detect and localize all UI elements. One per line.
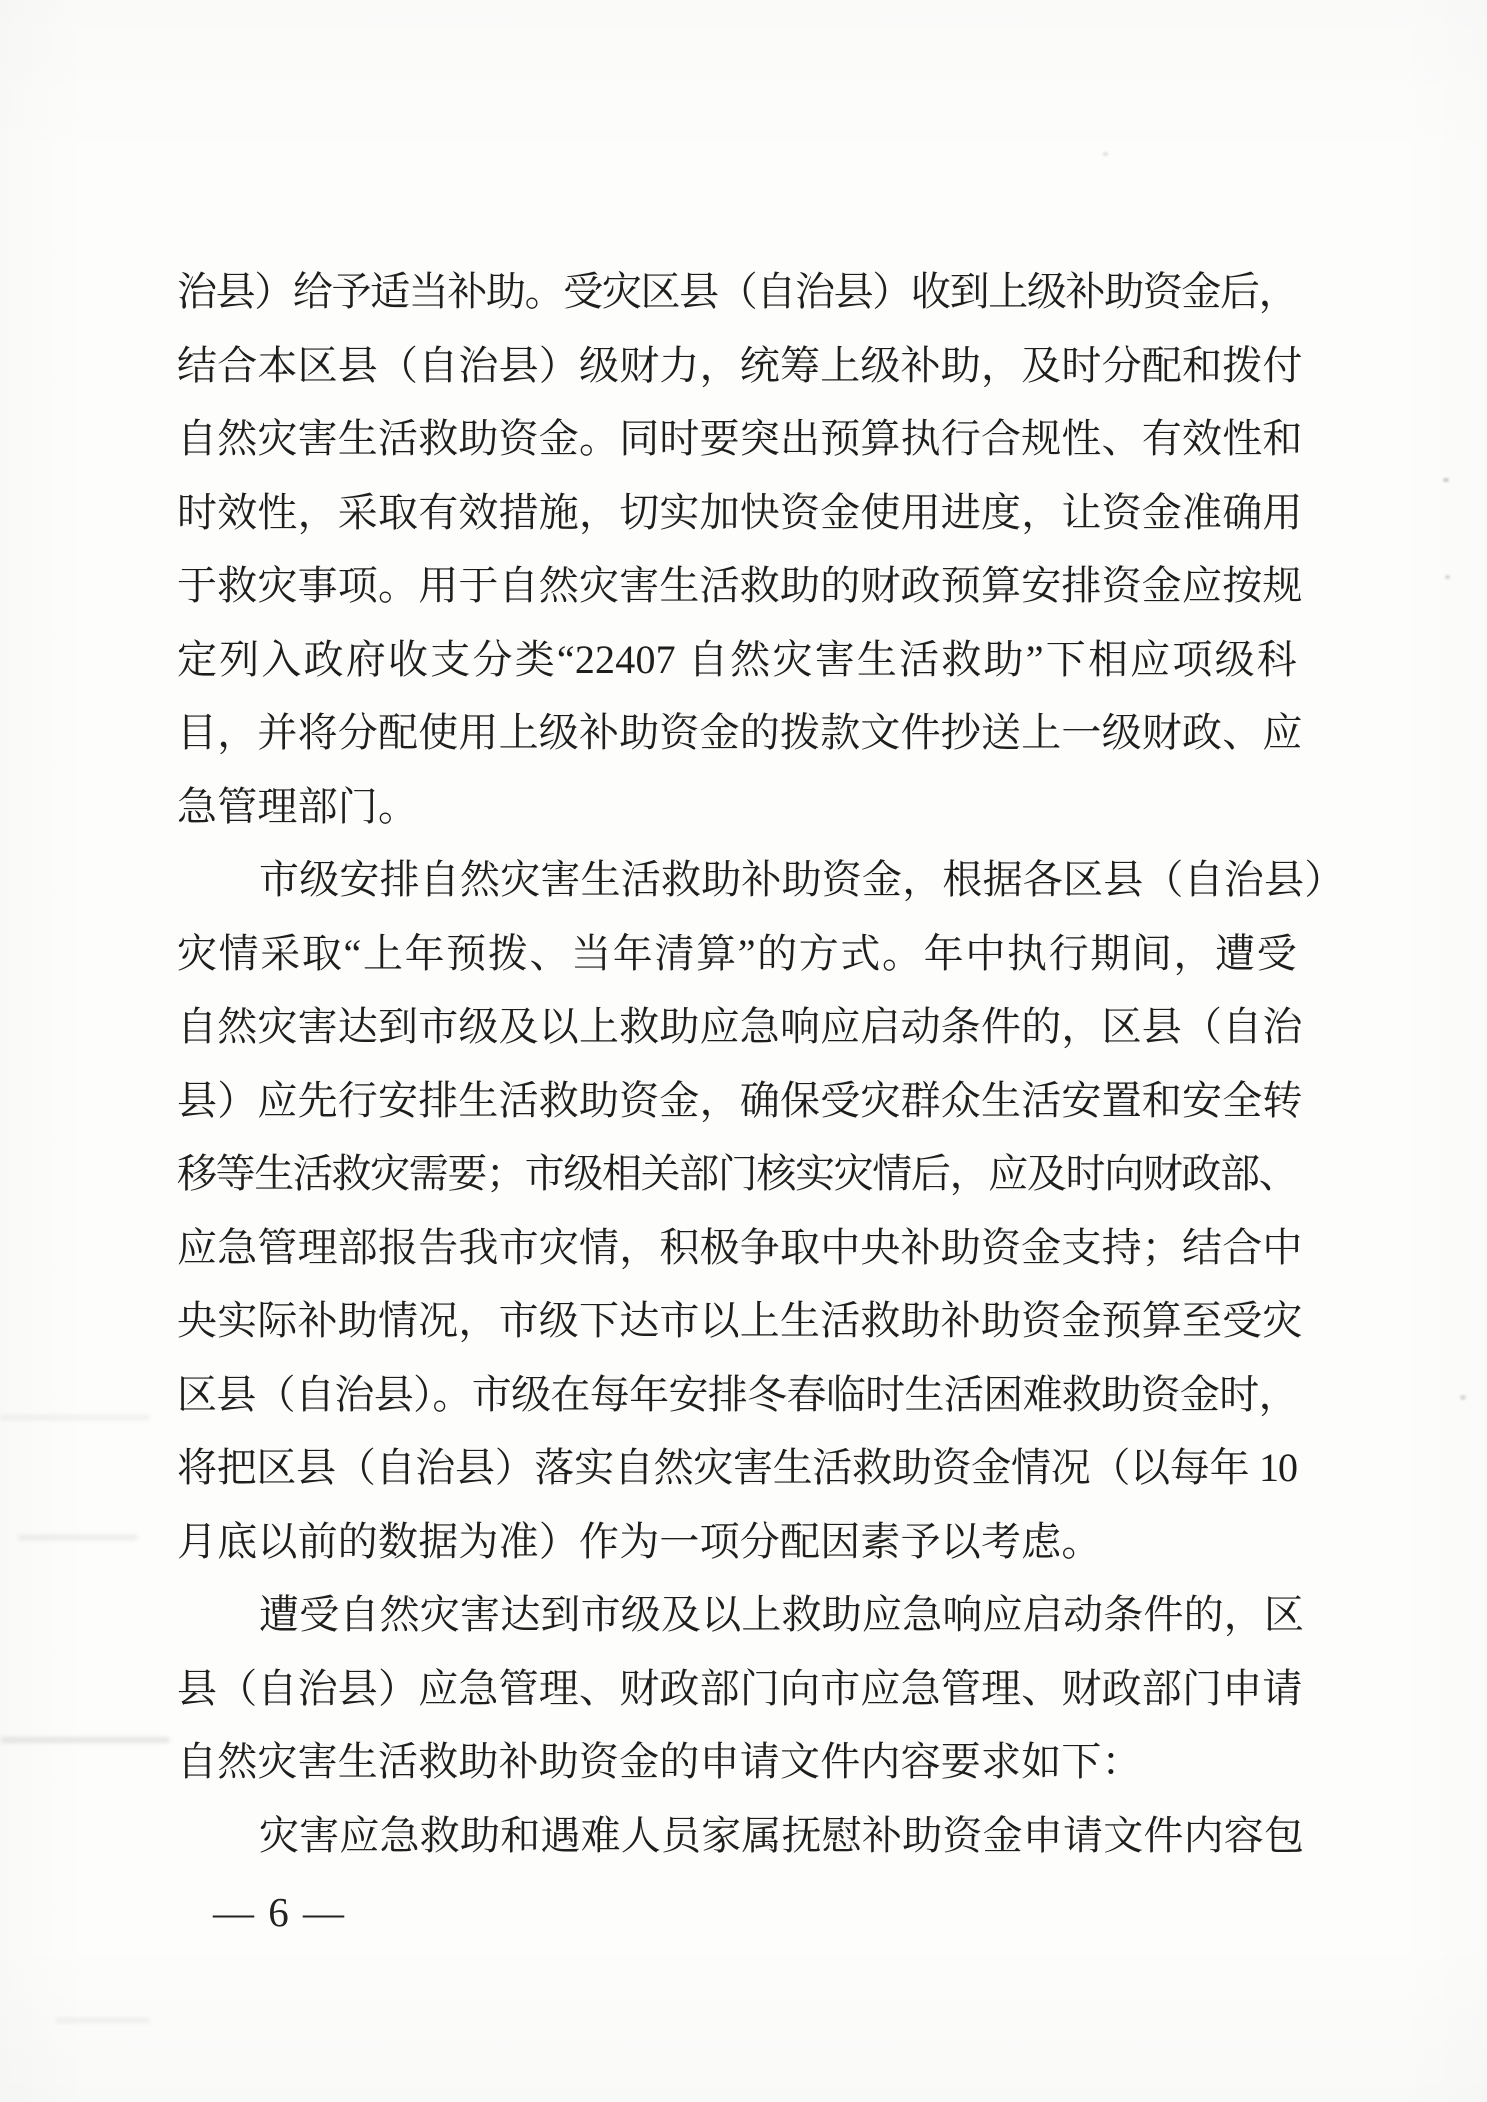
text-line: 灾情采取“上年预拨、当年清算”的方式。年中执行期间，遭受	[177, 917, 1297, 991]
text-line: 自然灾害生活救助资金。同时要突出预算执行合规性、有效性和	[177, 402, 1297, 476]
text-line: 结合本区县（自治县）级财力，统筹上级补助，及时分配和拨付	[177, 329, 1297, 403]
text-line: 县（自治县）应急管理、财政部门向市应急管理、财政部门申请	[177, 1652, 1297, 1726]
paragraph-continuation: 治县）给予适当补助。受灾区县（自治县）收到上级补助资金后， 结合本区县（自治县）…	[177, 255, 1297, 843]
text-line: 定列入政府收支分类“22407 自然灾害生活救助”下相应项级科	[177, 623, 1297, 697]
text-line: 自然灾害达到市级及以上救助应急响应启动条件的，区县（自治	[177, 990, 1297, 1064]
text-line: 区县（自治县）。市级在每年安排冬春临时生活困难救助资金时，	[177, 1358, 1297, 1432]
text-line: 央实际补助情况，市级下达市以上生活救助补助资金预算至受灾	[177, 1284, 1297, 1358]
scanned-document-page: 治县）给予适当补助。受灾区县（自治县）收到上级补助资金后， 结合本区县（自治县）…	[0, 0, 1487, 2102]
text-line: 灾害应急救助和遇难人员家属抚慰补助资金申请文件内容包	[177, 1799, 1297, 1873]
scan-artifact	[0, 1737, 170, 1743]
text-line: 治县）给予适当补助。受灾区县（自治县）收到上级补助资金后，	[177, 255, 1297, 329]
scan-artifact	[0, 1415, 150, 1420]
text-line: 月底以前的数据为准）作为一项分配因素予以考虑。	[177, 1505, 1297, 1579]
text-line: 遭受自然灾害达到市级及以上救助应急响应启动条件的，区	[177, 1578, 1297, 1652]
text-line: 急管理部门。	[177, 770, 1297, 844]
text-line: 目，并将分配使用上级补助资金的拨款文件抄送上一级财政、应	[177, 696, 1297, 770]
scan-artifact	[1103, 152, 1108, 156]
text-line: 移等生活救灾需要；市级相关部门核实灾情后，应及时向财政部、	[177, 1137, 1297, 1211]
text-line: 市级安排自然灾害生活救助补助资金，根据各区县（自治县）	[177, 843, 1297, 917]
scan-artifact	[55, 2018, 150, 2023]
text-line: 自然灾害生活救助补助资金的申请文件内容要求如下：	[177, 1725, 1297, 1799]
paragraph-application-requirements: 遭受自然灾害达到市级及以上救助应急响应启动条件的，区 县（自治县）应急管理、财政…	[177, 1578, 1297, 1799]
paragraph-emergency-relief: 灾害应急救助和遇难人员家属抚慰补助资金申请文件内容包	[177, 1799, 1297, 1873]
text-line: 于救灾事项。用于自然灾害生活救助的财政预算安排资金应按规	[177, 549, 1297, 623]
text-line: 应急管理部报告我市灾情，积极争取中央补助资金支持；结合中	[177, 1211, 1297, 1285]
text-line: 将把区县（自治县）落实自然灾害生活救助资金情况（以每年 10	[177, 1431, 1297, 1505]
text-line: 时效性，采取有效措施，切实加快资金使用进度，让资金准确用	[177, 476, 1297, 550]
text-block: 治县）给予适当补助。受灾区县（自治县）收到上级补助资金后， 结合本区县（自治县）…	[177, 255, 1297, 1872]
paragraph-city-arrangement: 市级安排自然灾害生活救助补助资金，根据各区县（自治县） 灾情采取“上年预拨、当年…	[177, 843, 1297, 1578]
scan-artifact	[18, 1535, 138, 1540]
scan-artifact	[1443, 478, 1449, 482]
scan-artifact	[1460, 1395, 1466, 1400]
text-line: 县）应先行安排生活救助资金，确保受灾群众生活安置和安全转	[177, 1064, 1297, 1138]
page-number: — 6 —	[213, 1888, 346, 1936]
scan-artifact	[1445, 575, 1450, 579]
